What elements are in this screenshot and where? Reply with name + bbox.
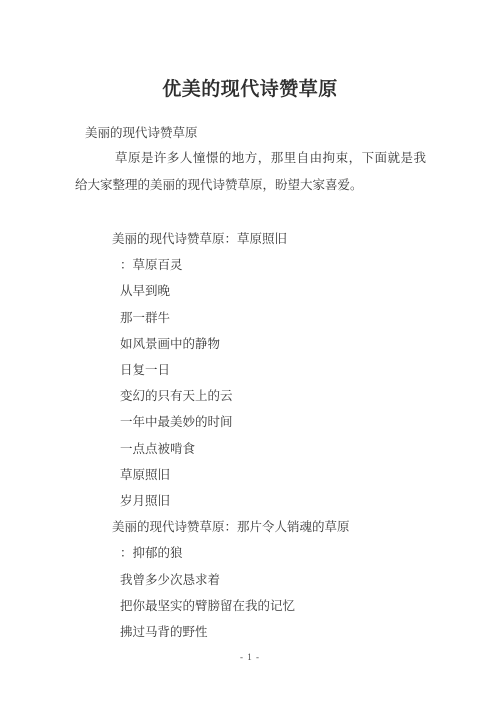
poem-line: 如风景画中的静物: [0, 330, 500, 356]
poem-body: 美丽的现代诗赞草原：草原照旧 ：草原百灵 从早到晚 那一群牛 如风景画中的静物 …: [0, 225, 500, 644]
poem-line: ：抑郁的狼: [0, 539, 500, 565]
poem-line: 一年中最美妙的时间: [0, 408, 500, 434]
document-page: 优美的现代诗赞草原 美丽的现代诗赞草原 草原是许多人憧憬的地方，那里自由拘束，下…: [0, 0, 500, 707]
poem-line: 草原照旧: [0, 461, 500, 487]
poem-section-header: 美丽的现代诗赞草原：那片令人销魂的草原: [0, 513, 500, 539]
poem-line: 从早到晚: [0, 277, 500, 303]
intro-heading: 美丽的现代诗赞草原: [85, 126, 198, 141]
poem-line: 日复一日: [0, 356, 500, 382]
poem-line: 那一群牛: [0, 304, 500, 330]
page-number: - 1 -: [0, 652, 500, 662]
poem-line: 拂过马背的野性: [0, 618, 500, 644]
poem-line: ：草原百灵: [0, 251, 500, 277]
poem-line: 变幻的只有天上的云: [0, 382, 500, 408]
poem-line: 岁月照旧: [0, 487, 500, 513]
intro-paragraph: 草原是许多人憧憬的地方，那里自由拘束，下面就是我给大家整理的美丽的现代诗赞草原，…: [75, 145, 426, 199]
document-title: 优美的现代诗赞草原: [0, 74, 500, 101]
poem-line: 我曾多少次恳求着: [0, 565, 500, 591]
poem-line: 一点点被啃食: [0, 435, 500, 461]
poem-section-header: 美丽的现代诗赞草原：草原照旧: [0, 225, 500, 251]
poem-line: 把你最坚实的臂膀留在我的记忆: [0, 592, 500, 618]
